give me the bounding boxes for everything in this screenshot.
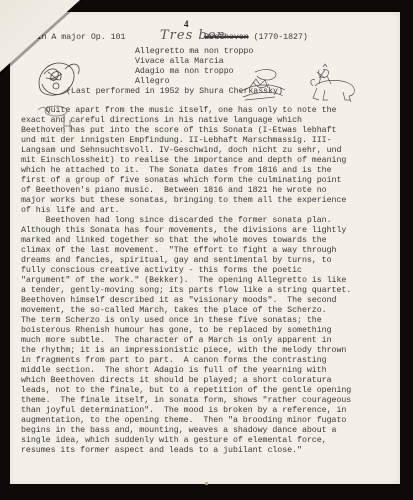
paper-mark — [205, 482, 208, 485]
circled-word-doodle — [34, 104, 84, 134]
text-line: movement, the so-called March, takes the… — [21, 306, 351, 316]
text-line: Although this Sonata has four movements,… — [21, 226, 351, 236]
text-line: Langsam und Sehnsuchtsvoll. IV-Geschwind… — [21, 146, 351, 156]
text-line: single idea, which suddenly with a gestu… — [21, 436, 351, 446]
text-line: Beethoven himself described it as "visio… — [21, 296, 351, 306]
scribbled-face-doodle — [30, 54, 85, 104]
text-line: mit Einschlossheit) to realise the impor… — [21, 156, 351, 166]
text-line: climax of the last movement. "The effort… — [21, 246, 351, 256]
text-line: augmentation, to the opening theme. Then… — [21, 416, 351, 426]
body-text: Quite apart from the music itself, one h… — [21, 106, 351, 456]
text-line: marked and linked together so that the w… — [21, 236, 351, 246]
text-line: begins in the bass and, mounting, weaves… — [21, 426, 351, 436]
text-line: much more subtle. The character of a Mar… — [21, 336, 351, 346]
text-line: than joyful determination". The mood is … — [21, 406, 351, 416]
text-line: resumes its former aspect and leads to a… — [21, 446, 351, 456]
animal-rider-doodle — [305, 62, 363, 104]
text-line: which Beethoven directs it should be pla… — [21, 376, 351, 386]
scribbled-figure-doodle — [235, 62, 290, 102]
text-line: dreams and fancies, spiritual, gay and s… — [21, 256, 351, 266]
text-line: boisterous Rhenish humour has gone, to b… — [21, 326, 351, 336]
text-line: which he attached to it. The Sonata date… — [21, 166, 351, 176]
handwritten-note: Tres bon — [160, 28, 226, 43]
text-line: a tender, gently-moving song; its parts … — [21, 286, 351, 296]
text-line: "argument" of the work." (Bekker). The o… — [21, 276, 351, 286]
text-line: in fragments from part to part. A canon … — [21, 356, 351, 366]
text-line: fully conscious creative activity - this… — [21, 266, 351, 276]
text-line: The term Scherzo is only used once in th… — [21, 316, 351, 326]
movement-item: Allegretto ma non troppo — [135, 47, 253, 57]
composer-dates: (1770-1827) — [254, 33, 308, 42]
text-line: leads, not to the finale, but to a repet… — [21, 386, 351, 396]
text-line: theme. The finale itself, in sonata form… — [21, 396, 351, 406]
text-line: the rhythm; it is an impressionistic pie… — [21, 346, 351, 356]
text-line: of his life and art. — [21, 206, 351, 216]
text-line: und mit der innigsten Empfindung. II-Leb… — [21, 136, 351, 146]
opus-number: Op. 101 — [91, 33, 126, 42]
text-line: of Beethoven's piano music. Between 1816… — [21, 186, 351, 196]
text-line: middle section. The short Adagio is full… — [21, 366, 351, 376]
text-line: major works but these sonatas, bringing … — [21, 196, 351, 206]
text-line: first of a group of five sonatas which f… — [21, 176, 351, 186]
text-line: Beethoven had long since discarded the f… — [21, 216, 351, 226]
